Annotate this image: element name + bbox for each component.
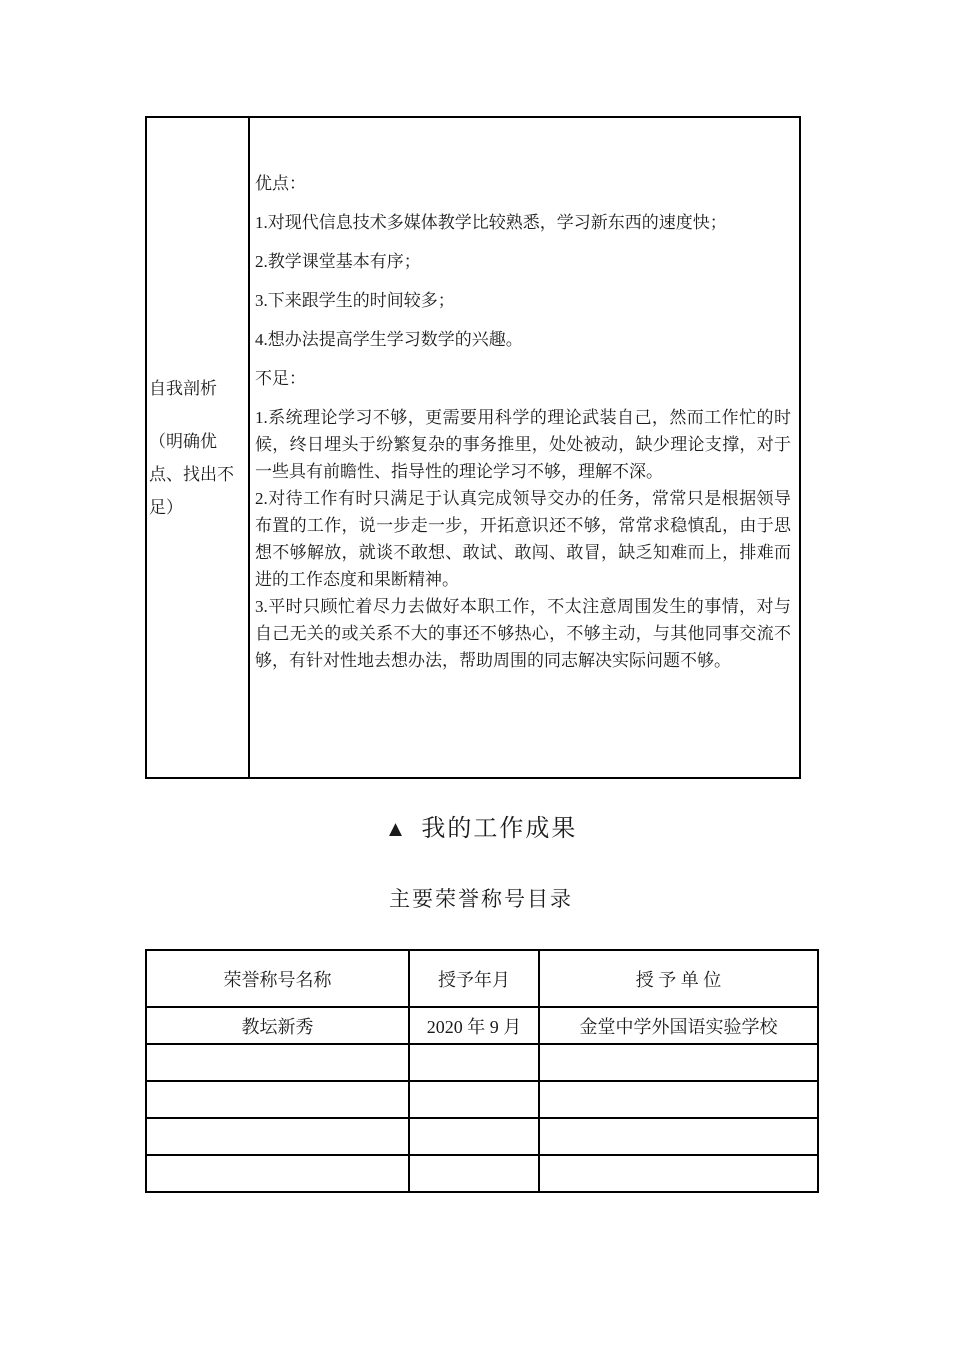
award-date-cell [409,1081,539,1118]
merits-heading: 优点： [255,170,791,197]
self-analysis-label-note: （明确优点、找出不足） [149,425,234,524]
award-unit-cell [539,1155,818,1192]
award-date-cell [409,1044,539,1081]
table-row: 自我剖析 （明确优点、找出不足） 优点： 1.对现代信息技术多媒体教学比较熟悉，… [146,117,800,778]
honor-name-cell [146,1044,409,1081]
award-unit-cell [539,1118,818,1155]
shortcoming-item: 1.系统理论学习不够，更需要用科学的理论武装自己，然而工作忙的时候，终日埋头于纷… [255,404,791,485]
shortcoming-item: 3.平时只顾忙着尽力去做好本职工作，不太注意周围发生的事情，对与自己无关的或关系… [255,593,791,674]
self-analysis-content-cell: 优点： 1.对现代信息技术多媒体教学比较熟悉，学习新东西的速度快； 2.教学课堂… [249,117,800,778]
document-page: 自我剖析 （明确优点、找出不足） 优点： 1.对现代信息技术多媒体教学比较熟悉，… [0,0,960,1357]
award-date-cell [409,1155,539,1192]
award-unit-cell [539,1044,818,1081]
self-analysis-label-title: 自我剖析 [149,372,234,405]
honor-name-cell [146,1155,409,1192]
table-row [146,1081,818,1118]
table-header-row: 荣誉称号名称 授予年月 授 予 单 位 [146,950,818,1007]
honors-table: 荣誉称号名称 授予年月 授 予 单 位 教坛新秀 2020 年 9 月 金堂中学… [145,949,819,1193]
shortcomings-heading: 不足： [255,365,791,392]
award-date-cell [409,1118,539,1155]
merit-item: 3.下来跟学生的时间较多； [255,287,791,314]
table-row [146,1118,818,1155]
shortcoming-item: 2.对待工作有时只满足于认真完成领导交办的任务，常常只是根据领导布置的工作，说一… [255,485,791,593]
table-row [146,1044,818,1081]
section-title-text: 我的工作成果 [421,816,577,842]
merit-item: 4.想办法提高学生学习数学的兴趣。 [255,326,791,353]
honors-table-title: 主要荣誉称号目录 [145,883,817,913]
award-unit-cell [539,1081,818,1118]
merit-item: 2.教学课堂基本有序； [255,248,791,275]
table-row [146,1155,818,1192]
self-analysis-label-cell: 自我剖析 （明确优点、找出不足） [146,117,249,778]
column-header-honor-name: 荣誉称号名称 [146,950,409,1007]
award-unit-cell: 金堂中学外国语实验学校 [539,1007,818,1044]
table-row: 教坛新秀 2020 年 9 月 金堂中学外国语实验学校 [146,1007,818,1044]
section-title: ▲我的工作成果 [145,808,817,843]
triangle-icon: ▲ [385,816,407,842]
self-analysis-table: 自我剖析 （明确优点、找出不足） 优点： 1.对现代信息技术多媒体教学比较熟悉，… [145,116,801,779]
award-date-cell: 2020 年 9 月 [409,1007,539,1044]
honor-name-cell [146,1081,409,1118]
column-header-award-unit: 授 予 单 位 [539,950,818,1007]
honor-name-cell [146,1118,409,1155]
column-header-award-date: 授予年月 [409,950,539,1007]
honor-name-cell: 教坛新秀 [146,1007,409,1044]
merit-item: 1.对现代信息技术多媒体教学比较熟悉，学习新东西的速度快； [255,209,791,236]
